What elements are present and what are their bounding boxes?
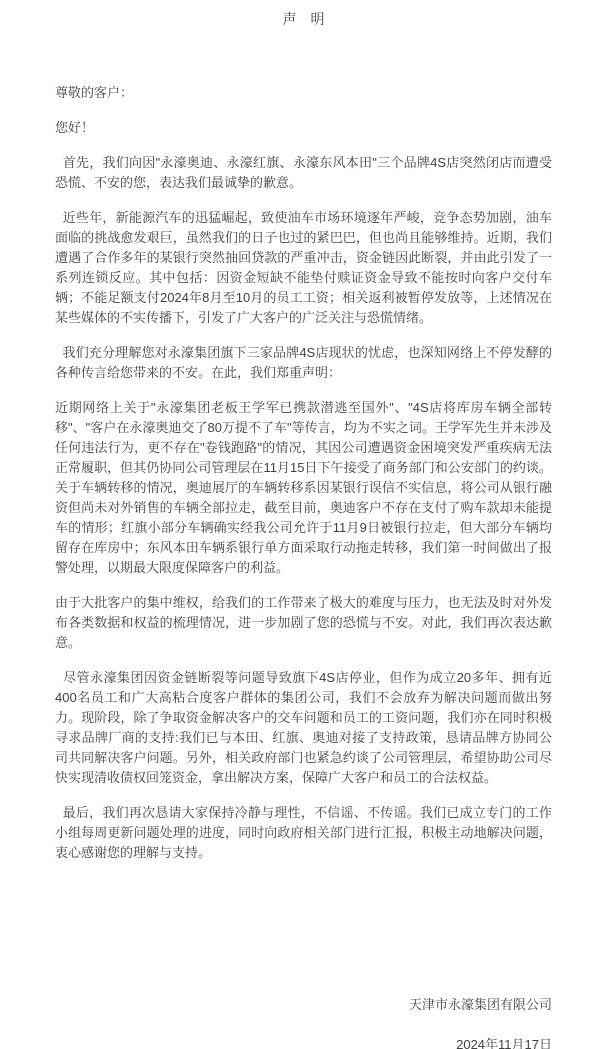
paragraph-closing-appeal: 最后，我们再次恳请大家保持冷静与理性，不信谣、不传谣。我们已成立专门的工作小组每… [55, 803, 552, 863]
greeting: 您好！ [55, 118, 552, 138]
paragraph-rumor-clarification: 近期网络上关于"永濠集团老板王学军已携款潜逃至国外"、"4S店将库房车辆全部转移… [55, 398, 552, 578]
document-title: 声 明 [55, 9, 552, 29]
statement-date: 2024年11月17日 [55, 1035, 552, 1049]
paragraph-rights-protection-apology: 由于大批客户的集中维权，给我们的工作带来了极大的难度与压力，也无法及时对外发布各… [55, 593, 552, 653]
paragraph-resolution-efforts: 尽管永濠集团因资金链断裂等问题导致旗下4S店停业，但作为成立20多年、拥有近40… [55, 668, 552, 788]
salutation: 尊敬的客户： [55, 83, 552, 103]
paragraph-understanding-concerns: 我们充分理解您对永濠集团旗下三家品牌4S店现状的忧虑，也深知网络上不停发酵的各种… [55, 343, 552, 383]
paragraph-background-crisis: 近些年，新能源汽车的迅猛崛起，致使油车市场环境逐年严峻，竞争态势加剧，油车面临的… [55, 208, 552, 328]
statement-page: 声 明 尊敬的客户： 您好！ 首先，我们向因"永濠奥迪、永濠红旗、永濠东风本田"… [0, 0, 600, 1049]
paragraph-apology-intro: 首先，我们向因"永濠奥迪、永濠红旗、永濠东风本田"三个品牌4S店突然闭店而遭受恐… [55, 153, 552, 193]
statement-content: 声 明 尊敬的客户： 您好！ 首先，我们向因"永濠奥迪、永濠红旗、永濠东风本田"… [0, 0, 600, 1049]
company-signature: 天津市永濠集团有限公司 [55, 995, 552, 1015]
